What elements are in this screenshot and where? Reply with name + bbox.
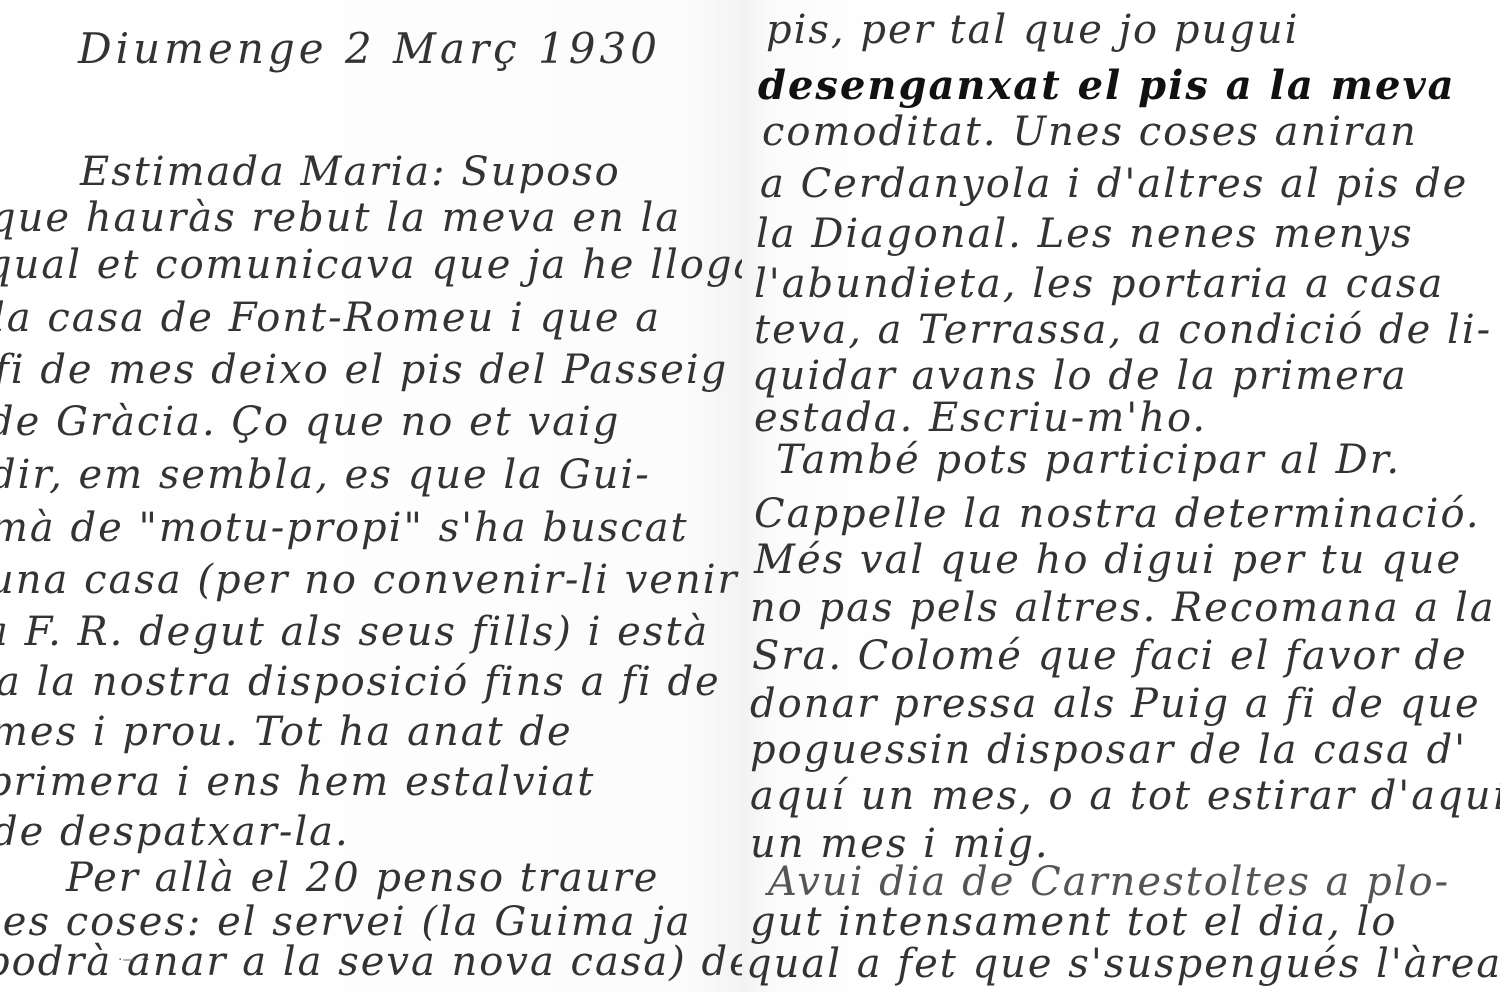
letter-line: no pas pels altres. Recomana a la bbox=[750, 588, 1496, 628]
letter-line: a F. R. degut als seus fills) i està bbox=[0, 612, 709, 652]
letter-line: qual et comunicava que ja he llogat bbox=[0, 245, 742, 285]
letter-line: mà de "motu-propi" s'ha buscat bbox=[0, 508, 689, 548]
letter-line: la casa de Font-Romeu i que a bbox=[0, 298, 661, 338]
letter-line: aquí un mes, o a tot estirar d'aquí bbox=[750, 776, 1500, 816]
date-heading: Diumenge 2 Març 1930 bbox=[78, 28, 661, 70]
letter-line: a la nostra disposició fins a fi de bbox=[0, 662, 721, 702]
letter-line-overwritten: desenganxat el pis a la meva bbox=[758, 66, 1456, 106]
letter-line: Per allà el 20 penso traure bbox=[66, 858, 659, 898]
letter-line: a Cerdanyola i d'altres al pis de bbox=[760, 164, 1468, 204]
letter-line: gut intensament tot el dia, lo bbox=[750, 902, 1397, 942]
letter-line: dir, em sembla, es que la Gui- bbox=[0, 455, 651, 495]
letter-line: un mes i mig. bbox=[750, 824, 1050, 864]
letter-line: estada. Escriu-m'ho. bbox=[754, 398, 1207, 438]
left-page: Diumenge 2 Març 1930 Estimada Maria: Sup… bbox=[0, 0, 742, 992]
letter-line: Més val que ho digui per tu que bbox=[754, 540, 1462, 580]
letter-line: de Gràcia. Ço que no et vaig bbox=[0, 402, 620, 442]
margin-marks: ·— ·· bbox=[118, 952, 150, 968]
letter-line: pis, per tal que jo pugui bbox=[766, 10, 1299, 50]
letter-line: de despatxar-la. bbox=[0, 812, 350, 852]
letter-line: fi de mes deixo el pis del Passeig bbox=[0, 350, 728, 390]
letter-line: Estimada Maria: Suposo bbox=[80, 152, 621, 192]
letter-line: quidar avans lo de la primera bbox=[752, 356, 1408, 396]
right-page: pis, per tal que jo pugui desenganxat el… bbox=[742, 0, 1500, 992]
letter-line: També pots participar al Dr. bbox=[776, 440, 1401, 480]
letter-line: donar pressa als Puig a fi de que bbox=[750, 684, 1481, 724]
letter-line: poguessin disposar de la casa d' bbox=[750, 730, 1467, 770]
letter-line: podrà anar a la seva nova casa) del bbox=[0, 942, 742, 982]
letter-line: l'abundieta, les portaria a casa bbox=[754, 264, 1444, 304]
letter-spread: Diumenge 2 Març 1930 Estimada Maria: Sup… bbox=[0, 0, 1500, 992]
letter-line: comoditat. Unes coses aniran bbox=[762, 112, 1418, 152]
letter-line: mes i prou. Tot ha anat de bbox=[0, 712, 573, 752]
letter-line: Avui dia de Carnestoltes a plo- bbox=[768, 862, 1450, 902]
letter-line: Sra. Colomé que faci el favor de bbox=[752, 636, 1468, 676]
letter-line: la Diagonal. Les nenes menys bbox=[756, 214, 1414, 254]
letter-line: que hauràs rebut la meva en la bbox=[0, 198, 681, 238]
letter-line: qual a fet que s'suspengués l'àrea bbox=[746, 944, 1500, 984]
letter-line-with-strikeout: les coses: el servei (la Guima ja bbox=[0, 902, 692, 942]
letter-line: teva, a Terrassa, a condició de li- bbox=[754, 310, 1492, 350]
letter-line: Cappelle la nostra determinació. bbox=[754, 494, 1481, 534]
letter-line: primera i ens hem estalviat bbox=[0, 762, 595, 802]
letter-line: una casa (per no convenir-li venir bbox=[0, 560, 739, 600]
